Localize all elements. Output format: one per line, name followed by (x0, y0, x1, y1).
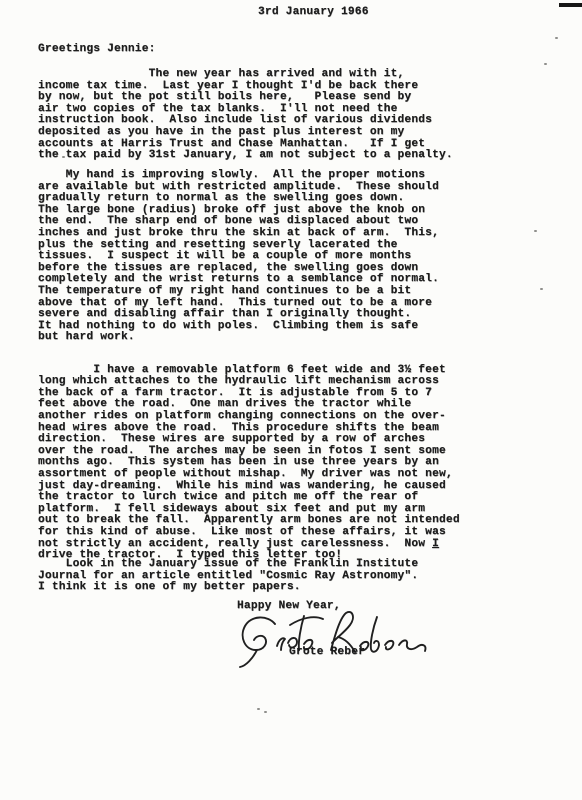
underlined-word: I (432, 538, 439, 550)
scan-speck (264, 711, 267, 713)
letter-page: 3rd January 1966 Greetings Jennie: The n… (0, 0, 582, 800)
letter-paragraph-4: Look in the January issue of the Frankli… (38, 559, 418, 594)
scan-speck (555, 37, 558, 39)
letter-greeting: Greetings Jennie: (38, 44, 156, 56)
paragraph-3-text: I have a removable platform 6 feet wide … (38, 364, 460, 550)
scan-speck (257, 708, 260, 710)
scan-speck (544, 63, 547, 65)
typed-signature-name: Grote Reber (289, 647, 365, 659)
letter-paragraph-2: My hand is improving slowly. All the pro… (38, 170, 439, 344)
scan-artifact-bar (559, 3, 582, 7)
letter-paragraph-1: The new year has arrived and with it, in… (38, 69, 453, 162)
scan-speck (534, 230, 537, 232)
letter-date: 3rd January 1966 (258, 7, 369, 19)
letter-paragraph-3: I have a removable platform 6 feet wide … (38, 353, 460, 573)
scan-speck (540, 288, 543, 290)
handwritten-signature (235, 608, 435, 672)
